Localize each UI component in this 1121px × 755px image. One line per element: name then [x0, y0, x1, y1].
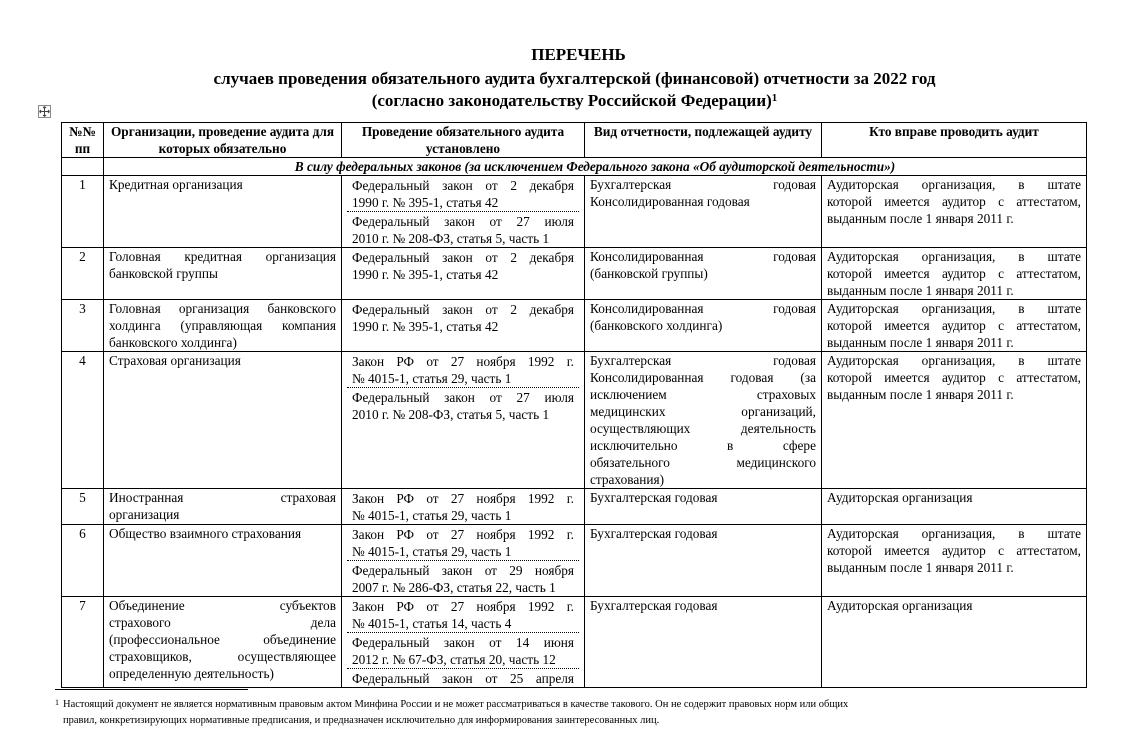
- law-reference-line: Закон РФ от 27 ноября 1992 г.: [352, 598, 574, 615]
- footnote: 1Настоящий документ не является норматив…: [55, 697, 1095, 729]
- row-number: 5: [62, 489, 104, 525]
- auditor-cell-line: выданным после 1 января 2011 г.: [827, 210, 1081, 227]
- law-cell: Федеральный закон от 2 декабря1990 г. № …: [342, 248, 585, 300]
- law-reference-line: Закон РФ от 27 ноября 1992 г.: [352, 490, 574, 507]
- report-type-cell-line: Бухгалтерская годовая: [590, 525, 816, 542]
- auditor-cell-line: Аудиторская организация, в штате: [827, 525, 1081, 542]
- report-type-cell-line: Бухгалтерская годовая: [590, 489, 816, 506]
- table-row: 1Кредитная организацияФедеральный закон …: [62, 176, 1087, 248]
- footnote-text-line2: правил, конкретизирующих нормативные пре…: [55, 713, 1095, 729]
- report-type-cell: Консолидированная годовая(банковского хо…: [585, 300, 822, 352]
- organization-cell-line: Кредитная организация: [109, 176, 336, 193]
- auditor-cell-line: выданным после 1 января 2011 г.: [827, 559, 1081, 576]
- law-cell: Федеральный закон от 2 декабря1990 г. № …: [342, 176, 585, 248]
- report-type-cell-line: Консолидированная годовая (за: [590, 369, 816, 386]
- document-subtitle-scope: (согласно законодательству Российской Фе…: [14, 90, 1121, 112]
- report-type-cell-line: обязательного медицинского: [590, 454, 816, 471]
- section-blank-cell: [62, 158, 104, 176]
- law-reference: Федеральный закон от 27 июля2010 г. № 20…: [347, 211, 579, 247]
- auditor-cell-line: которой имеется аудитор с аттестатом,: [827, 317, 1081, 334]
- law-reference-line: № 4015-1, статья 29, часть 1: [352, 370, 574, 387]
- law-cell: Закон РФ от 27 ноября 1992 г.№ 4015-1, с…: [342, 352, 585, 489]
- auditor-cell-line: которой имеется аудитор с аттестатом,: [827, 265, 1081, 282]
- auditor-cell-line: Аудиторская организация, в штате: [827, 176, 1081, 193]
- law-reference: Федеральный закон от 14 июня2012 г. № 67…: [347, 632, 579, 668]
- report-type-cell-line: медицинских организаций,: [590, 403, 816, 420]
- auditor-cell: Аудиторская организация, в штатекоторой …: [822, 300, 1087, 352]
- auditor-cell-line: выданным после 1 января 2011 г.: [827, 386, 1081, 403]
- auditor-cell-line: Аудиторская организация: [827, 489, 1081, 506]
- table-row: 4Страховая организацияЗакон РФ от 27 ноя…: [62, 352, 1087, 489]
- report-type-cell-line: исключением страховых: [590, 386, 816, 403]
- law-reference: Федеральный закон от 25 апреля: [347, 668, 579, 687]
- auditor-cell: Аудиторская организация, в штатекоторой …: [822, 176, 1087, 248]
- organization-cell-line: Головная кредитная организация: [109, 248, 336, 265]
- organization-cell-line: Общество взаимного страхования: [109, 525, 336, 542]
- footnote-text-line1: Настоящий документ не является нормативн…: [63, 699, 848, 710]
- report-type-cell-line: Консолидированная годовая: [590, 248, 816, 265]
- header-law: Проведение обязательного аудита установл…: [342, 123, 585, 158]
- table-header-row: №№ пп Организации, проведение аудита для…: [62, 123, 1087, 158]
- audit-cases-table: №№ пп Организации, проведение аудита для…: [61, 122, 1087, 688]
- row-number: 3: [62, 300, 104, 352]
- auditor-cell: Аудиторская организация, в штатекоторой …: [822, 352, 1087, 489]
- report-type-cell: Бухгалтерская годовая: [585, 525, 822, 597]
- table-row: 5Иностранная страховаяорганизацияЗакон Р…: [62, 489, 1087, 525]
- auditor-cell-line: которой имеется аудитор с аттестатом,: [827, 193, 1081, 210]
- auditor-cell-line: которой имеется аудитор с аттестатом,: [827, 542, 1081, 559]
- law-reference: Федеральный закон от 27 июля2010 г. № 20…: [347, 387, 579, 423]
- report-type-cell: Бухгалтерская годоваяКонсолидированная г…: [585, 176, 822, 248]
- auditor-cell-line: выданным после 1 января 2011 г.: [827, 334, 1081, 351]
- auditor-cell-line: которой имеется аудитор с аттестатом,: [827, 369, 1081, 386]
- organization-cell: Головная кредитная организациябанковской…: [104, 248, 342, 300]
- organization-cell-line: Объединение субъектов: [109, 597, 336, 614]
- law-reference-line: № 4015-1, статья 29, часть 1: [352, 543, 574, 560]
- report-type-cell-line: страхования): [590, 471, 816, 488]
- law-reference: Закон РФ от 27 ноября 1992 г.№ 4015-1, с…: [347, 597, 579, 632]
- organization-cell-line: банковской группы: [109, 265, 336, 282]
- law-reference-line: Закон РФ от 27 ноября 1992 г.: [352, 353, 574, 370]
- document-title: ПЕРЕЧЕНЬ: [18, 44, 1121, 66]
- organization-cell: Иностранная страховаяорганизация: [104, 489, 342, 525]
- law-reference-line: Федеральный закон от 2 декабря: [352, 249, 574, 266]
- law-reference-line: 2010 г. № 208-ФЗ, статья 5, часть 1: [352, 230, 574, 247]
- organization-cell: Кредитная организация: [104, 176, 342, 248]
- footnote-reference[interactable]: 1: [772, 92, 778, 104]
- organization-cell: Общество взаимного страхования: [104, 525, 342, 597]
- law-cell: Закон РФ от 27 ноября 1992 г.№ 4015-1, с…: [342, 525, 585, 597]
- report-type-cell-line: (банковской группы): [590, 265, 816, 282]
- law-reference: Федеральный закон от 29 ноября2007 г. № …: [347, 560, 579, 596]
- header-auditor: Кто вправе проводить аудит: [822, 123, 1087, 158]
- law-reference-line: 1990 г. № 395-1, статья 42: [352, 318, 574, 335]
- organization-cell-line: холдинга (управляющая компания: [109, 317, 336, 334]
- table-move-handle[interactable]: [38, 105, 51, 118]
- organization-cell: Головная организация банковскогохолдинга…: [104, 300, 342, 352]
- auditor-cell-line: Аудиторская организация, в штате: [827, 300, 1081, 317]
- document-subtitle: случаев проведения обязательного аудита …: [14, 68, 1121, 90]
- auditor-cell-line: выданным после 1 января 2011 г.: [827, 282, 1081, 299]
- law-reference: Федеральный закон от 2 декабря1990 г. № …: [347, 248, 579, 283]
- four-arrows-move-icon: [39, 106, 50, 117]
- organization-cell-line: страховщиков, осуществляющее: [109, 648, 336, 665]
- report-type-cell-line: Консолидированная годовая: [590, 300, 816, 317]
- report-type-cell-line: Консолидированная годовая: [590, 193, 816, 210]
- report-type-cell: Бухгалтерская годовая: [585, 489, 822, 525]
- organization-cell: Объединение субъектовстрахового дела(про…: [104, 597, 342, 688]
- law-reference-line: Федеральный закон от 25 апреля: [352, 670, 574, 687]
- subtitle-scope-text: (согласно законодательству Российской Фе…: [372, 91, 772, 110]
- law-reference-line: Федеральный закон от 29 ноября: [352, 562, 574, 579]
- report-type-cell-line: осуществляющих деятельность: [590, 420, 816, 437]
- law-reference-line: Федеральный закон от 27 июля: [352, 389, 574, 406]
- law-cell: Закон РФ от 27 ноября 1992 г.№ 4015-1, с…: [342, 489, 585, 525]
- table-row: 7Объединение субъектовстрахового дела(пр…: [62, 597, 1087, 688]
- organization-cell-line: Головная организация банковского: [109, 300, 336, 317]
- row-number: 1: [62, 176, 104, 248]
- section-row: В силу федеральных законов (за исключени…: [62, 158, 1087, 176]
- report-type-cell: Бухгалтерская годоваяКонсолидированная г…: [585, 352, 822, 489]
- auditor-cell-line: Аудиторская организация, в штате: [827, 352, 1081, 369]
- law-reference-line: Федеральный закон от 27 июля: [352, 213, 574, 230]
- report-type-cell-line: Бухгалтерская годовая: [590, 176, 816, 193]
- table-row: 6Общество взаимного страхованияЗакон РФ …: [62, 525, 1087, 597]
- section-title: В силу федеральных законов (за исключени…: [104, 158, 1087, 176]
- row-number: 6: [62, 525, 104, 597]
- report-type-cell-line: исключительно в сфере: [590, 437, 816, 454]
- organization-cell: Страховая организация: [104, 352, 342, 489]
- organization-cell-line: банковского холдинга): [109, 334, 336, 351]
- law-reference-line: 2012 г. № 67-ФЗ, статья 20, часть 12: [352, 651, 574, 668]
- law-reference: Закон РФ от 27 ноября 1992 г.№ 4015-1, с…: [347, 525, 579, 560]
- law-reference-line: 1990 г. № 395-1, статья 42: [352, 194, 574, 211]
- law-reference: Федеральный закон от 2 декабря1990 г. № …: [347, 176, 579, 211]
- header-num: №№ пп: [62, 123, 104, 158]
- law-reference: Закон РФ от 27 ноября 1992 г.№ 4015-1, с…: [347, 489, 579, 524]
- law-reference-line: Федеральный закон от 2 декабря: [352, 177, 574, 194]
- law-reference-line: 1990 г. № 395-1, статья 42: [352, 266, 574, 283]
- law-cell: Федеральный закон от 2 декабря1990 г. № …: [342, 300, 585, 352]
- law-reference-line: Федеральный закон от 2 декабря: [352, 301, 574, 318]
- table-row: 2Головная кредитная организациябанковско…: [62, 248, 1087, 300]
- law-reference-line: № 4015-1, статья 29, часть 1: [352, 507, 574, 524]
- auditor-cell: Аудиторская организация, в штатекоторой …: [822, 525, 1087, 597]
- law-reference-line: 2007 г. № 286-ФЗ, статья 22, часть 1: [352, 579, 574, 596]
- auditor-cell: Аудиторская организация: [822, 489, 1087, 525]
- row-number: 4: [62, 352, 104, 489]
- law-reference-line: Закон РФ от 27 ноября 1992 г.: [352, 526, 574, 543]
- report-type-cell: Бухгалтерская годовая: [585, 597, 822, 688]
- report-type-cell-line: Бухгалтерская годовая: [590, 597, 816, 614]
- report-type-cell: Консолидированная годовая(банковской гру…: [585, 248, 822, 300]
- law-reference-line: 2010 г. № 208-ФЗ, статья 5, часть 1: [352, 406, 574, 423]
- organization-cell-line: Иностранная страховая: [109, 489, 336, 506]
- organization-cell-line: Страховая организация: [109, 352, 336, 369]
- law-reference: Закон РФ от 27 ноября 1992 г.№ 4015-1, с…: [347, 352, 579, 387]
- row-number: 7: [62, 597, 104, 688]
- auditor-cell-line: Аудиторская организация: [827, 597, 1081, 614]
- header-report-type: Вид отчетности, подлежащей аудиту: [585, 123, 822, 158]
- law-reference-line: Федеральный закон от 14 июня: [352, 634, 574, 651]
- auditor-cell: Аудиторская организация, в штатекоторой …: [822, 248, 1087, 300]
- header-organization: Организации, проведение аудита для котор…: [104, 123, 342, 158]
- law-cell: Закон РФ от 27 ноября 1992 г.№ 4015-1, с…: [342, 597, 585, 688]
- table-row: 3Головная организация банковскогохолдинг…: [62, 300, 1087, 352]
- auditor-cell: Аудиторская организация: [822, 597, 1087, 688]
- report-type-cell-line: (банковского холдинга): [590, 317, 816, 334]
- organization-cell-line: страхового дела: [109, 614, 336, 631]
- law-reference-line: № 4015-1, статья 14, часть 4: [352, 615, 574, 632]
- row-number: 2: [62, 248, 104, 300]
- law-reference: Федеральный закон от 2 декабря1990 г. № …: [347, 300, 579, 335]
- auditor-cell-line: Аудиторская организация, в штате: [827, 248, 1081, 265]
- footnote-mark: 1: [55, 698, 59, 707]
- organization-cell-line: организация: [109, 506, 336, 523]
- organization-cell-line: определенную деятельность): [109, 665, 336, 682]
- organization-cell-line: (профессиональное объединение: [109, 631, 336, 648]
- footnote-separator: [55, 689, 248, 690]
- report-type-cell-line: Бухгалтерская годовая: [590, 352, 816, 369]
